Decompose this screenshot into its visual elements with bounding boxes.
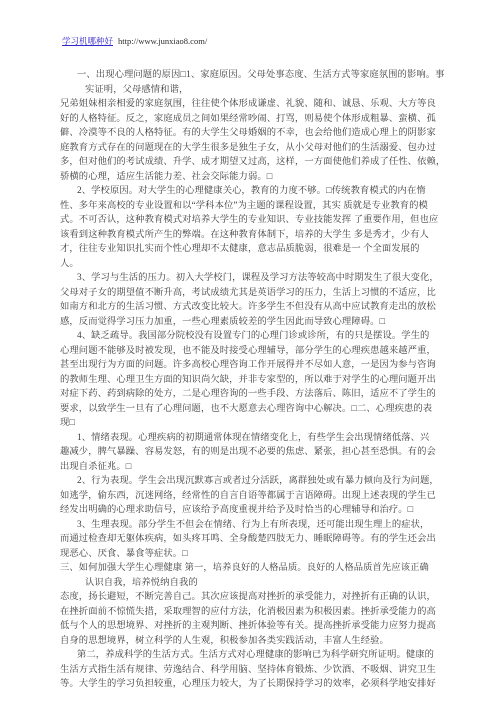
text-line: 低与个人的思想境界、对挫折的主观判断、挫折体验等有关。提高挫折承受能力应努力提高 bbox=[60, 619, 445, 634]
text-line: 3、学习与生活的压力。初入大学校门，课程及学习方法等较高中时期发生了很大变化， bbox=[60, 271, 445, 286]
source-link[interactable]: 学习机哪种好 bbox=[62, 36, 113, 46]
text-line: 如逃学，偷东西，沉迷网络，经常性的自言自语等都属于言语障碍。出现上述表现的学生已 bbox=[60, 489, 445, 504]
text-line: 式。不可否认，这种教育模式对培养大学生的专业知识、专业技能发挥 了重要作用，但也… bbox=[60, 213, 445, 228]
text-line: 僻、冷漠等不良的人格特征。有的大学生父母婚姻的不幸，也会给他们造成心理上的阴影家 bbox=[60, 126, 445, 141]
text-line: 生活方式指生活有规律、劳逸结合、科学用脑、坚持体育锻炼、少饮酒、不吸烟、讲究卫生 bbox=[60, 663, 445, 678]
document-page: 学习机哪种好http://www.junxiao8.com/ 一、出现心理问题的… bbox=[0, 0, 500, 707]
text-line: 现□ bbox=[60, 416, 445, 431]
page-header: 学习机哪种好http://www.junxiao8.com/ bbox=[62, 36, 207, 47]
text-line: 1、情绪表现。心理疾病的初期通常体现在情绪变化上，有些学生会出现情绪低落、兴 bbox=[60, 431, 445, 446]
text-line: 的教师生理、心理卫生方面的知识尚欠缺，并非专家型的，所以难于对学生的心理问题开出 bbox=[60, 373, 445, 388]
text-line: 三、如何加强大学生心理健康 第一，培养良好的人格品质。良好的人格品质首先应该正确 bbox=[60, 561, 445, 576]
text-line: 等。大学生的学习负担较重，心理压力较大，为了长期保持学习的效率，必须科学地安排好 bbox=[60, 677, 445, 692]
text-line: 该看到这种教育模式所产生的弊端。在这种教育体制下，培养的大学生 多是秀才，少有人 bbox=[60, 228, 445, 243]
text-line: 在挫折面前不惊慌失措，采取理智的应付方法，化消极因素为积极因素。挫折承受能力的高 bbox=[60, 605, 445, 620]
text-line: 趣减少，脾气暴躁、容易发怒，有的则是出现不必要的焦虑、紧张，担心甚至恐惧。有的会 bbox=[60, 445, 445, 460]
text-line: 多，但对他们的考试成绩、升学、成才期望又过高，这样，一方面使他们养成了任性、依赖… bbox=[60, 155, 445, 170]
text-line: 态度，扬长避短，不断完善自己。其次应该提高对挫折的承受能力，对挫折有正确的认识， bbox=[60, 590, 445, 605]
text-line: 第二，养成科学的生活方式。生活方式对心理健康的影响已为科学研究所证明。健康的 bbox=[60, 648, 445, 663]
text-line: 对症下药、药到病除的处方，二是心理咨询的一些手段、方法落后、陈旧，适应不了学生的 bbox=[60, 387, 445, 402]
text-line: 实证明，父母感情和谐， bbox=[60, 83, 445, 98]
text-line: 经发出明确的心理求助信号，应该给予高度重视并给予及时恰当的心理辅导和治疗。□ bbox=[60, 503, 445, 518]
text-line: 出现自杀征兆。□ bbox=[60, 460, 445, 475]
text-line: 人。 bbox=[60, 257, 445, 272]
text-line: 骄横的心理，适应生活能力差、社会交际能力弱。□ bbox=[60, 170, 445, 185]
text-line: 甚至出现行为方面的问题。许多高校心理咨询工作开展得并不尽如人意，一是因为参与咨询 bbox=[60, 358, 445, 373]
text-line: 现恶心、厌食、暴食等症状。□ bbox=[60, 547, 445, 562]
text-line: 一、出现心理问题的原因□1、家庭原因。父母处事态度、生活方式等家庭氛围的影响。事 bbox=[60, 68, 445, 83]
text-line: 兄弟姐妹相亲相爱的家庭氛围，往往使个体形成谦虚、礼貌、随和、诚恳、乐观、大方等良 bbox=[60, 97, 445, 112]
text-line: 心理问题不能够及时被发现，也不能及时接受心理辅导，部分学生的心理疾患越来越严重， bbox=[60, 344, 445, 359]
text-line: 2、行为表现。学生会出现沉默寡言或者过分活跃，离群独处或有暴力倾向及行为问题， bbox=[60, 474, 445, 489]
document-body: 一、出现心理问题的原因□1、家庭原因。父母处事态度、生活方式等家庭氛围的影响。事… bbox=[60, 68, 445, 692]
text-line: 庭教育方式存在的问题现在的大学生很多是独生子女，从小父母对他们的生活溺爱、包办过 bbox=[60, 141, 445, 156]
text-line: 父母对子女的期望值不断升高，考试成绩尤其是英语学习的压力，生活上习惯的不适应，比 bbox=[60, 286, 445, 301]
text-line: 而通过检查却无躯体疾病，如头疼耳鸣、全身酸楚四肢无力、睡眠障碍等。有的学生还会出 bbox=[60, 532, 445, 547]
text-line: 3、生理表现。部分学生不但会在情绪、行为上有所表现，还可能出现生理上的症状， bbox=[60, 518, 445, 533]
text-line: 才，往往专业知识扎实而个性心理却不太健康，意志品质脆弱，很难是一 个全面发展的 bbox=[60, 242, 445, 257]
text-line: 性、多年来高校的专业设置和以“学科本位”为主题的课程设置，其实 质就是专业教育的… bbox=[60, 199, 445, 214]
text-line: 认识自我，培养悦纳自我的 bbox=[60, 576, 445, 591]
text-line: 2、学校原因。对大学生的心理健康关心，教育的力度不够。□传统教育模式的内在惰 bbox=[60, 184, 445, 199]
text-line: 好的人格特征。反之，家庭成员之间如果经常吵闹、打骂，则易使个体形成粗暴、蛮横、孤 bbox=[60, 112, 445, 127]
text-line: 4、缺乏疏导。我国部分院校没有设置专门的心理门诊或诊所，有的只是摆设。学生的 bbox=[60, 329, 445, 344]
text-line: 感，反而觉得学习压力加重，一些心理素质较差的学生因此而导致心理障碍。□ bbox=[60, 315, 445, 330]
text-line: 自身的思想境界，树立科学的人生观，积极参加各类实践活动，丰富人生经验。 bbox=[60, 634, 445, 649]
text-line: 如南方和北方的生活习惯、方式改变比较大。许多学生不但没有从高中应试教育走出的放松 bbox=[60, 300, 445, 315]
source-url-text: http://www.junxiao8.com/ bbox=[118, 36, 207, 46]
text-line: 要求，以致学生一旦有了心理问题，也不大愿意去心理咨询中心解决。□二、心理疾患的表 bbox=[60, 402, 445, 417]
